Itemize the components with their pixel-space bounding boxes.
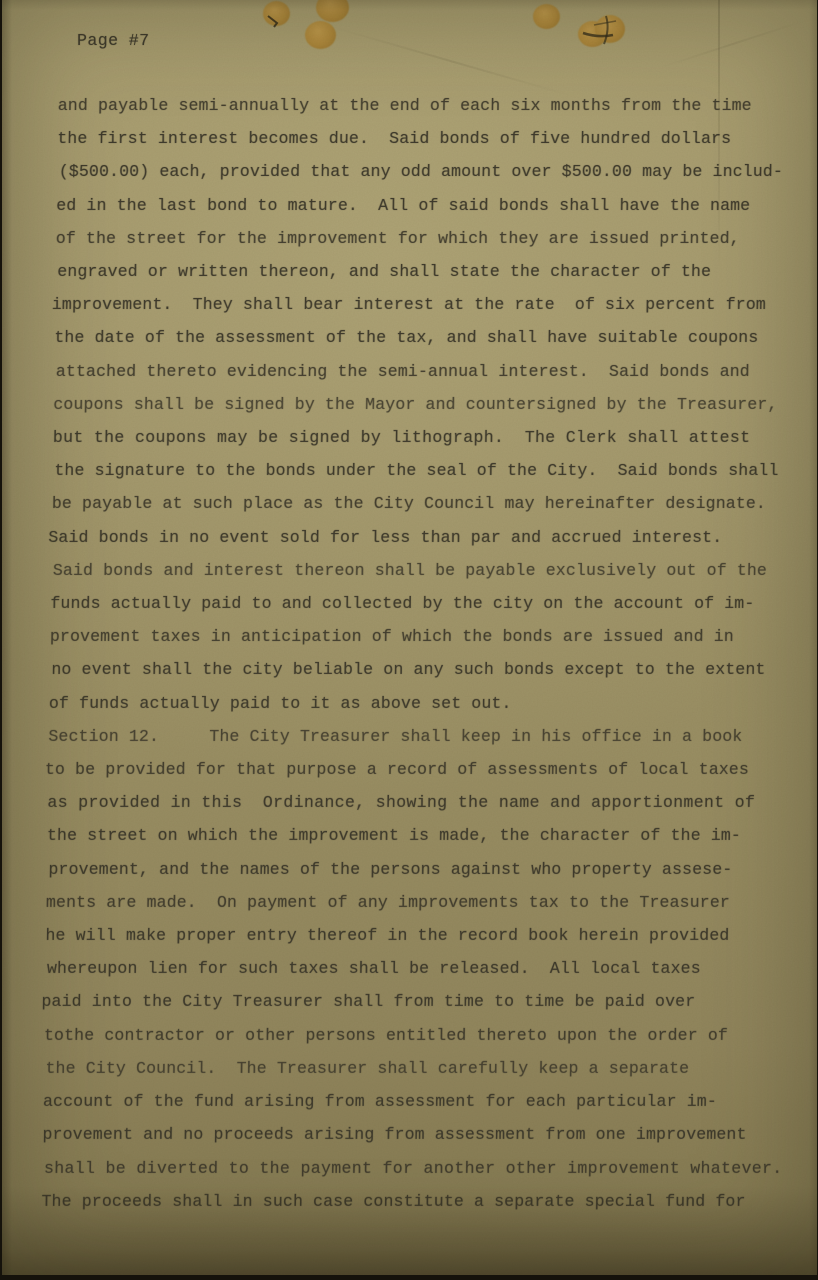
text-line: provement taxes in anticipation of which…	[50, 620, 790, 653]
text-line: attached thereto evidencing the semi-ann…	[56, 355, 796, 388]
page-number-label: Page #7	[77, 31, 150, 50]
text-line: ed in the last bond to mature. All of sa…	[56, 189, 796, 222]
text-line: as provided in this Ordinance, showing t…	[47, 786, 787, 819]
paper-crease	[331, 26, 572, 97]
text-line: engraved or written thereon, and shall s…	[57, 255, 797, 288]
text-line: Said bonds and interest thereon shall be…	[53, 554, 793, 587]
text-line: whereupon lien for such taxes shall be r…	[47, 952, 787, 985]
text-line: the signature to the bonds under the sea…	[54, 454, 794, 487]
text-line: to be provided for that purpose a record…	[45, 753, 785, 786]
typewritten-text: and payable semi-annually at the end of …	[41, 89, 798, 1218]
text-line: of funds actually paid to it as above se…	[49, 687, 789, 720]
text-line: funds actually paid to and collected by …	[50, 587, 790, 620]
text-line: paid into the City Treasurer shall from …	[41, 985, 781, 1018]
text-line: the date of the assessment of the tax, a…	[54, 321, 794, 354]
text-line: ments are made. On payment of any improv…	[46, 886, 786, 919]
text-line: the first interest becomes due. Said bon…	[57, 122, 797, 155]
text-line: Said bonds in no event sold for less tha…	[48, 521, 788, 554]
text-line: he will make proper entry thereof in the…	[45, 919, 785, 952]
fastener-stain	[533, 4, 560, 29]
text-line: provement and no proceeds arising from a…	[42, 1118, 782, 1151]
text-line: be payable at such place as the City Cou…	[52, 487, 792, 520]
text-line: Section 12. The City Treasurer shall kee…	[48, 720, 788, 753]
text-line: provement, and the names of the persons …	[48, 853, 788, 886]
text-line: and payable semi-annually at the end of …	[58, 89, 798, 122]
text-line: coupons shall be signed by the Mayor and…	[53, 388, 793, 421]
fastener-stain	[263, 1, 290, 26]
text-line: The proceeds shall in such case constitu…	[41, 1185, 781, 1218]
scanned-page: Page #7 and payable semi-annually at the…	[0, 0, 818, 1280]
text-line: shall be diverted to the payment for ano…	[44, 1152, 784, 1185]
text-line: the City Council. The Treasurer shall ca…	[45, 1052, 785, 1085]
text-line: tothe contractor or other persons entitl…	[44, 1019, 784, 1052]
paper-sheet: Page #7 and payable semi-annually at the…	[2, 0, 817, 1275]
text-line: the street on which the improvement is m…	[47, 819, 787, 852]
text-line: no event shall the city beliable on any …	[51, 653, 791, 686]
text-line: ($500.00) each, provided that any odd am…	[59, 155, 799, 188]
fastener-stain	[316, 0, 349, 22]
text-line: of the street for the improvement for wh…	[56, 222, 796, 255]
fastener-stain	[305, 21, 336, 49]
paper-crease	[662, 20, 805, 68]
text-line: but the coupons may be signed by lithogr…	[53, 421, 793, 454]
text-line: improvement. They shall bear interest at…	[52, 288, 792, 321]
fastener-stain	[595, 15, 625, 43]
text-line: account of the fund arising from assessm…	[43, 1085, 783, 1118]
